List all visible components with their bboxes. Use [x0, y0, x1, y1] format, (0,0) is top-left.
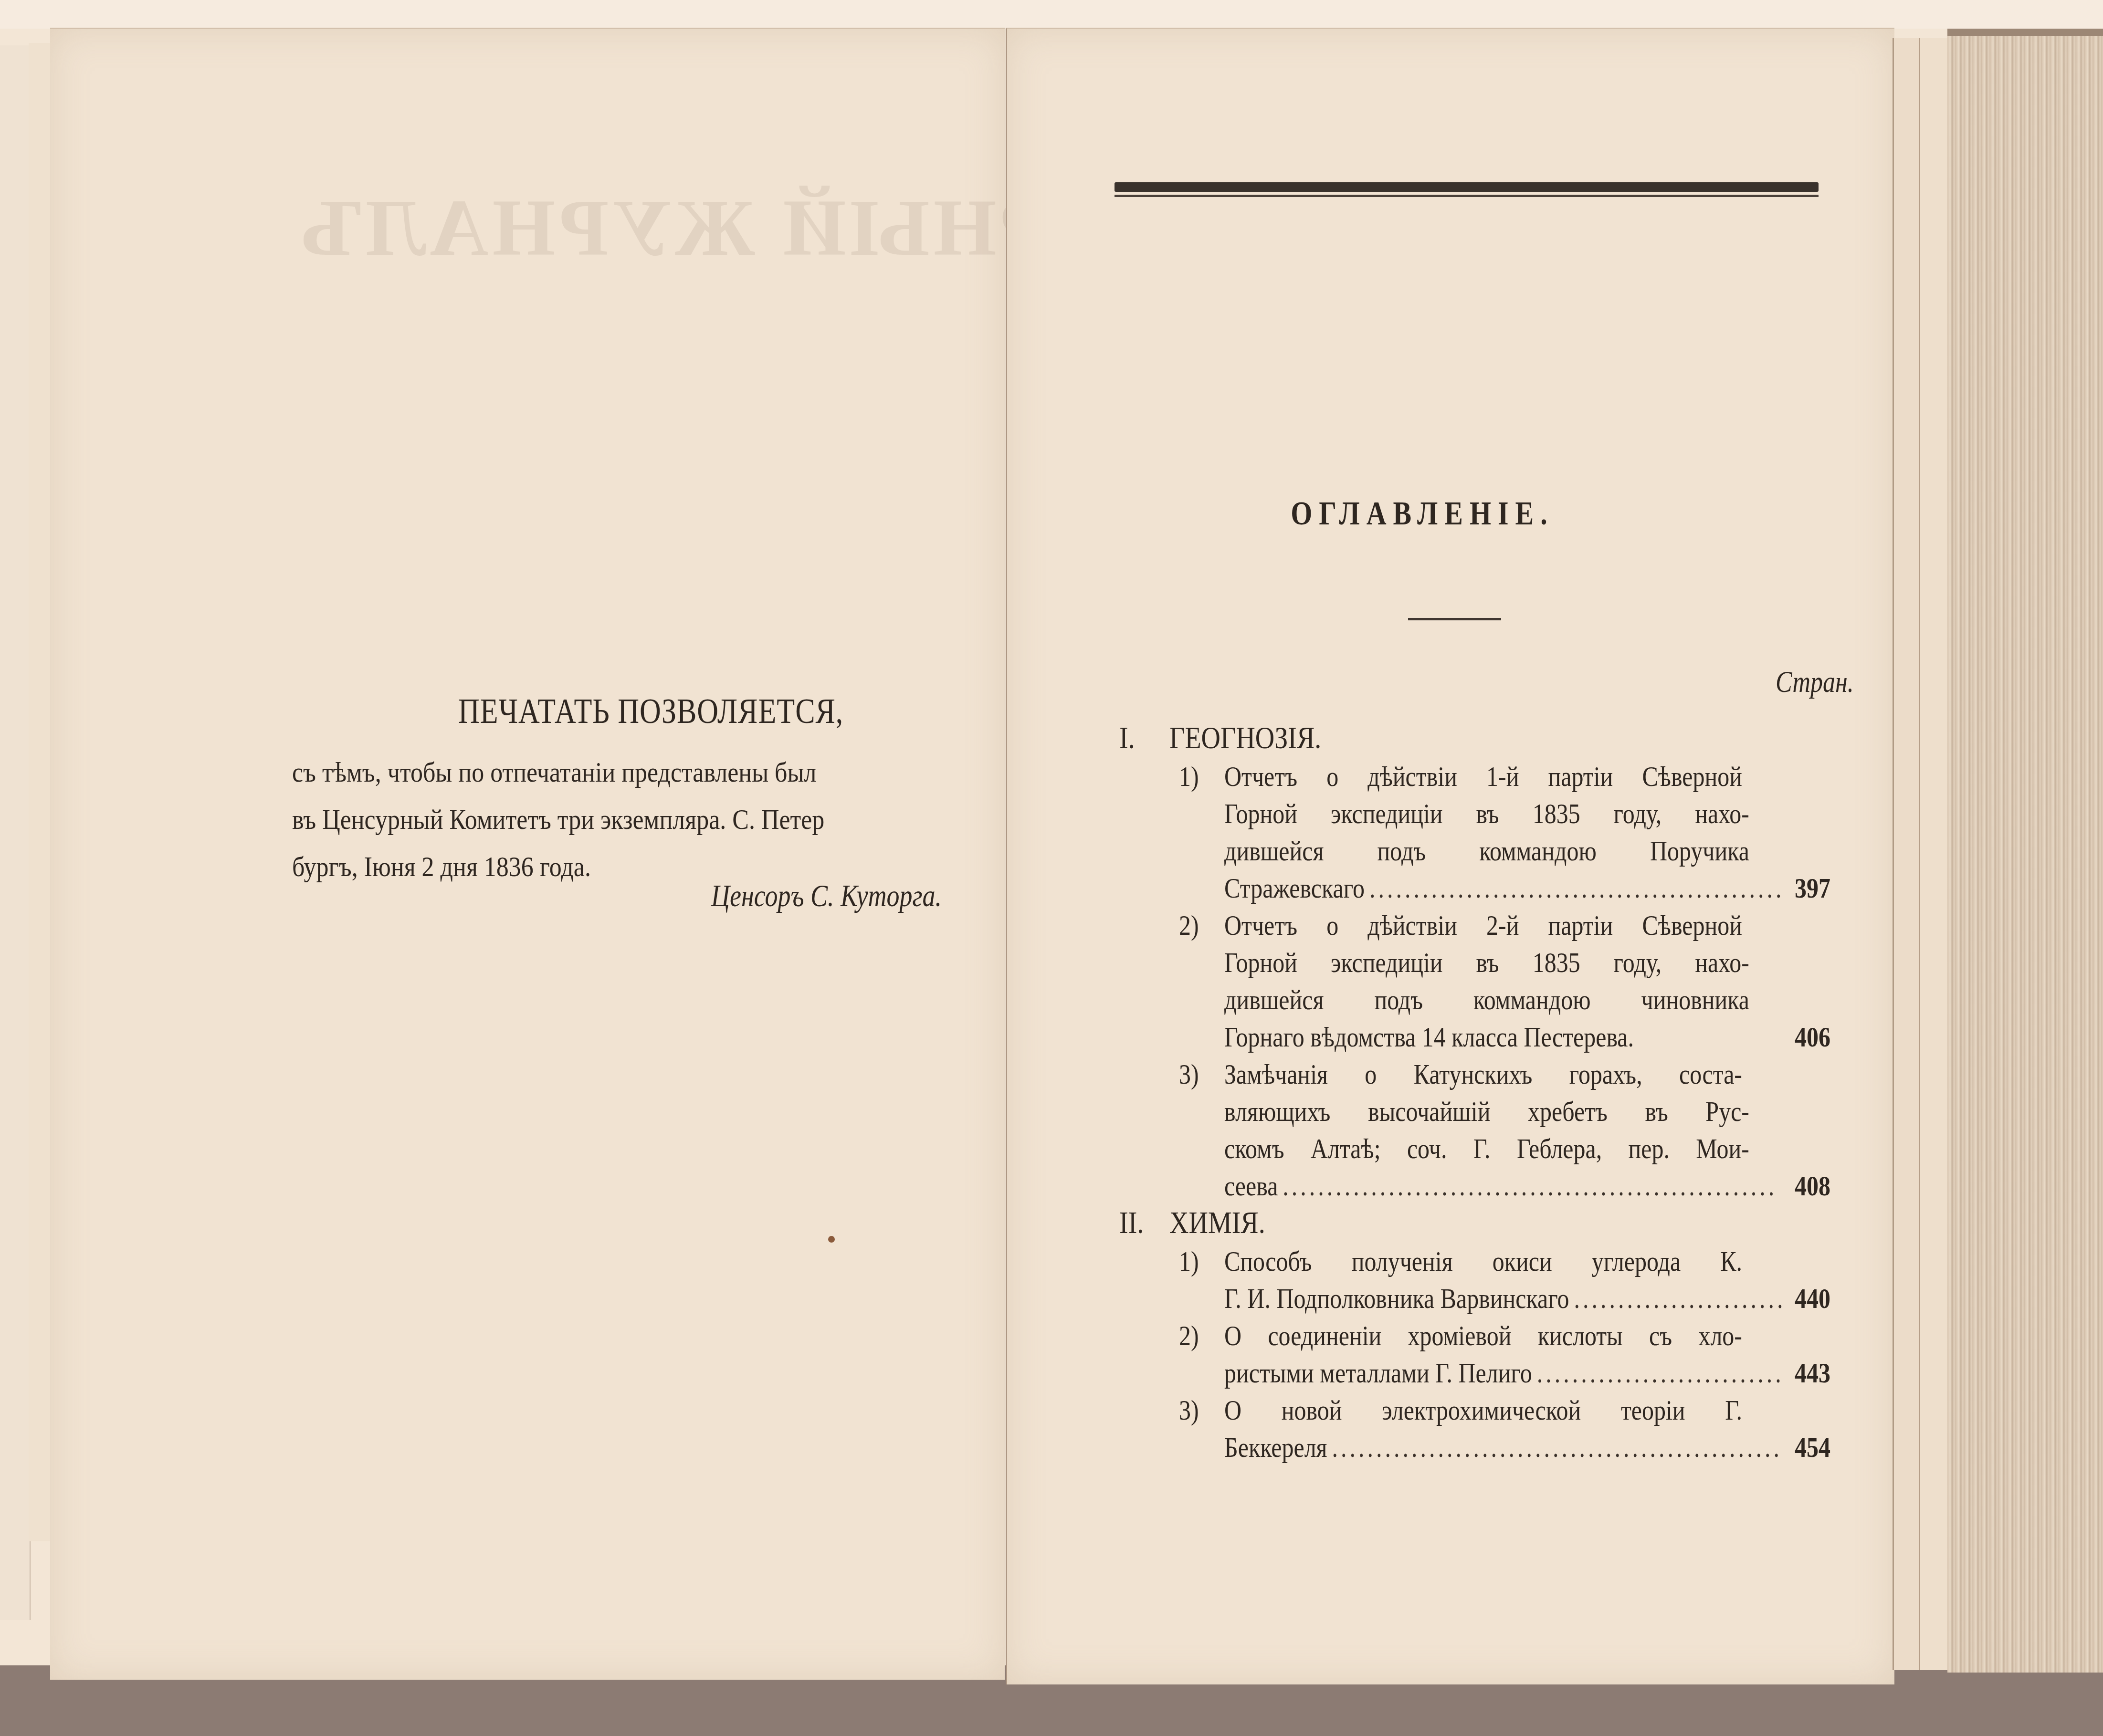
toc-entry: 1)Способъ полученія окиси углерода К. Г.…	[1119, 1239, 1830, 1313]
entry-line: дившейся подъ коммандою Поручика	[1224, 835, 1749, 867]
right-page-stack-edge	[1893, 38, 1920, 1670]
toc-title: ОГЛАВЛЕНІЕ.	[1155, 494, 1690, 532]
entry-line: Горной экспедиціи въ 1835 году, нахо-	[1224, 797, 1749, 829]
toc-entry: 3)О новой электрохимической теоріи Г. Бе…	[1119, 1388, 1830, 1462]
toc-entry: 2)О соединеніи хроміевой кислоты съ хло-…	[1119, 1313, 1830, 1388]
title-underline-rule	[1408, 618, 1501, 620]
page-column-label: Стран.	[1776, 666, 1854, 700]
page-number: 454	[1788, 1425, 1830, 1470]
entry-line: О соединеніи хроміевой кислоты съ хло-	[1224, 1319, 1742, 1351]
leader-dots: ........................................…	[1332, 1425, 1783, 1470]
toc-entry: 3)Замѣчанія о Катунскихъ горахъ, соста- …	[1119, 1052, 1830, 1201]
entry-line: Горной экспедиціи въ 1835 году, нахо-	[1224, 946, 1749, 978]
entry-line: Способъ полученія окиси углерода К.	[1224, 1245, 1742, 1277]
entry-line: Отчетъ о дѣйствіи 2-й партіи Сѣверной	[1224, 909, 1742, 941]
imprimatur-text: съ тѣмъ, чтобы по отпечатаніи представле…	[292, 749, 1008, 891]
header-double-rule	[1115, 182, 1819, 197]
left-page-stack-edge	[0, 45, 31, 1620]
entry-line: Замѣчанія о Катунскихъ горахъ, соста-	[1224, 1058, 1742, 1090]
censor-signature: Ценсоръ С. Куторга.	[711, 878, 942, 913]
toc-entry: 1)Отчетъ о дѣйствіи 1-й партіи Сѣверной …	[1119, 754, 1830, 903]
right-page-stack-edge-outer	[1919, 38, 1948, 1670]
table-of-contents: I.ГЕОГНОЗІЯ. 1)Отчетъ о дѣйствіи 1-й пар…	[1119, 716, 1830, 1462]
entry-line: Отчетъ о дѣйствіи 1-й партіи Сѣверной	[1224, 760, 1742, 792]
imprimatur-line: въ Ценсурный Комитетъ три экземпляра. С.…	[292, 796, 1008, 844]
section-name: ХИМІЯ.	[1169, 1206, 1265, 1241]
book-fore-edge	[1947, 36, 2103, 1673]
entry-line: О новой электрохимической теоріи Г.	[1224, 1394, 1742, 1426]
toc-entry: 2)Отчетъ о дѣйствіи 2-й партіи Сѣверной …	[1119, 903, 1830, 1052]
imprimatur-heading: ПЕЧАТАТЬ ПОЗВОЛЯЕТСЯ,	[458, 692, 843, 732]
ink-spot	[828, 1236, 835, 1243]
entry-line: дившейся подъ коммандою чиновника	[1224, 983, 1749, 1015]
entry-line: скомъ Алтаѣ; соч. Г. Геблера, пер. Мои-	[1224, 1132, 1749, 1164]
background-top	[0, 0, 2103, 29]
entry-line: вляющихъ высочайшій хребетъ въ Рус-	[1224, 1095, 1749, 1127]
entry-line: Беккереля	[1224, 1425, 1327, 1470]
imprimatur-line: съ тѣмъ, чтобы по отпечатаніи представле…	[292, 749, 1008, 796]
section-name: ГЕОГНОЗІЯ.	[1169, 721, 1321, 756]
